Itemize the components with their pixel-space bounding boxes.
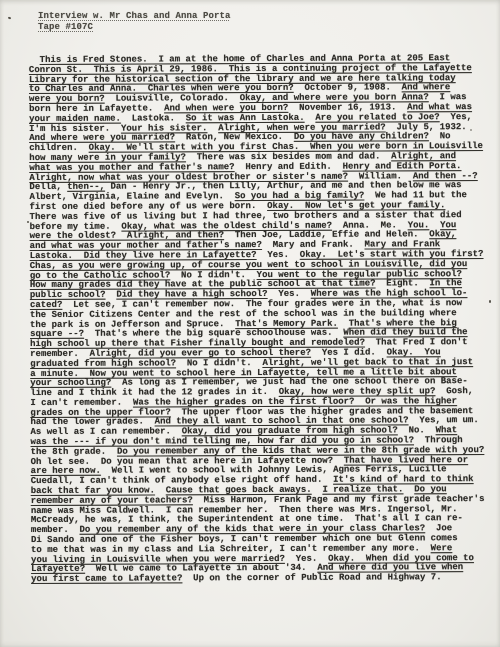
- interviewer-text: What: [436, 425, 458, 435]
- interviewer-text: I realize that.: [322, 484, 403, 494]
- interviewee-text: member.: [31, 525, 80, 535]
- interviewee-text: [305, 113, 316, 123]
- transcript-body: This is Fred Stones. I am at the home of…: [29, 54, 495, 585]
- interviewee-text: Through: [414, 435, 463, 445]
- interviewee-text: Yes I did.: [311, 347, 387, 357]
- interviewee-text: We had 11 but the: [364, 190, 467, 200]
- interviewee-text: Joe: [425, 523, 452, 533]
- interviewee-text: I was: [429, 92, 467, 102]
- interviewee-text: [105, 290, 116, 300]
- interviewer-text: public school?: [30, 290, 106, 300]
- interviewee-text: Eight.: [375, 279, 429, 289]
- scanned-page: Interview w. Mr Chas and Anna Porta Tape…: [0, 0, 500, 647]
- scan-artifact: [489, 300, 491, 303]
- interviewer-text: In the: [429, 278, 461, 288]
- interviewee-text: [29, 55, 40, 65]
- interviewee-text: [403, 484, 414, 494]
- document-header: Interview w. Mr Chas and Anna Porta Tape…: [38, 11, 231, 32]
- interviewer-text: Okay,: [429, 229, 456, 239]
- interviewer-text: then--,: [67, 182, 105, 192]
- interviewee-text: Yes,: [440, 112, 472, 122]
- interviewee-text: Della,: [29, 182, 67, 192]
- scan-artifact: [27, 221, 29, 223]
- interviewer-text: Mary and Frank: [365, 239, 441, 249]
- interviewer-text: square --?: [30, 329, 84, 339]
- interviewee-text: Up on the corner of Public Road and High…: [182, 572, 441, 583]
- interviewee-text: Yes.: [257, 250, 300, 260]
- interviewer-text: cated?: [30, 300, 62, 310]
- interviewer-text: It's kind of hard to think: [333, 474, 473, 485]
- interviewer-text: Okay. You: [387, 347, 441, 357]
- interviewee-text: No: [429, 132, 451, 142]
- interviewer-text: you first came to Lafayette?: [31, 574, 182, 585]
- interviewer-text: Alright, and: [391, 151, 456, 161]
- interviewee-text: children.: [29, 143, 88, 153]
- interviewer-text: Were: [431, 543, 453, 553]
- interviewer-text: Do you: [414, 484, 446, 494]
- interviewee-text: remember.: [30, 349, 89, 359]
- interviewer-text: your maiden name.: [29, 113, 121, 123]
- interviewee-text: the 8th grade.: [31, 447, 117, 457]
- interviewee-text: [312, 485, 323, 495]
- interviewee-text: Lastoka.: [121, 113, 186, 123]
- transcript-line: you first came to Lafayette? Up on the c…: [31, 573, 495, 585]
- interviewee-text: Gosh,: [435, 386, 473, 396]
- interviewee-text: That Fred I don't: [365, 337, 468, 347]
- interviewer-text: were you born?: [29, 94, 105, 104]
- interviewer-text: And what was: [407, 102, 472, 112]
- header-title: Interview w. Mr Chas and Anna Porta: [38, 11, 231, 22]
- interviewee-text: Yes.: [268, 289, 311, 299]
- interviewee-text: No I didn't.: [176, 358, 262, 368]
- header-tape-number: Tape #107C: [38, 22, 231, 33]
- interviewee-text: [155, 485, 166, 495]
- scan-artifact: [8, 17, 12, 20]
- scan-artifact: [470, 129, 472, 131]
- interviewee-text: No.: [398, 426, 436, 436]
